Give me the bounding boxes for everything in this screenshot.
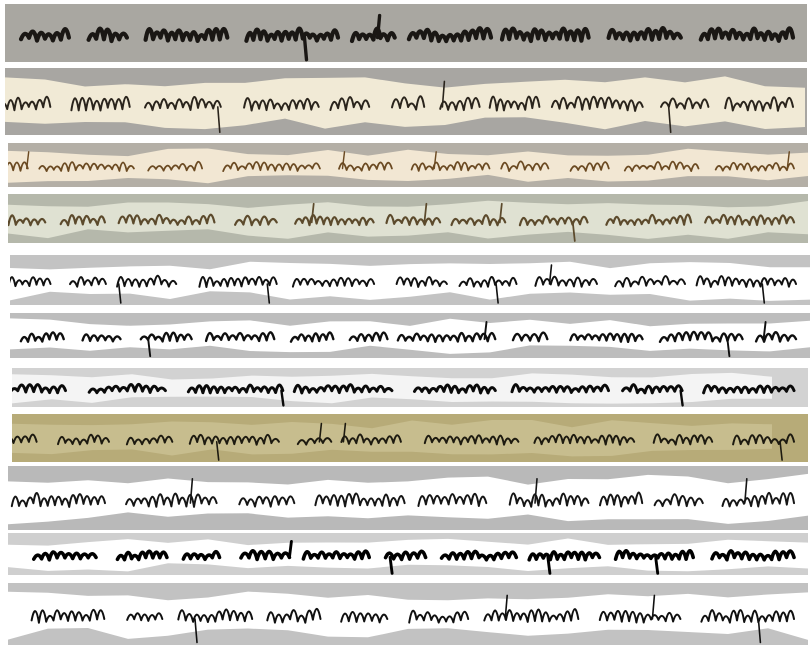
handwriting-line xyxy=(8,583,808,645)
handwriting-line xyxy=(8,194,808,243)
manuscript-strip: bold black square-ish script xyxy=(8,533,808,575)
handwriting-line xyxy=(12,414,808,462)
handwriting-line xyxy=(8,466,808,530)
handwriting-line xyxy=(8,143,808,187)
manuscript-strip: slanted cursive on white over gray xyxy=(8,466,808,530)
handwriting-line xyxy=(10,255,810,305)
handwriting-line xyxy=(5,4,807,62)
manuscript-strip: tall-stroked cursive on white over gray xyxy=(8,583,808,645)
handwriting-line xyxy=(8,533,808,575)
manuscript-strip: black cursive on white torn strip xyxy=(10,313,810,358)
handwriting-line xyxy=(5,68,807,135)
manuscript-strip: thin cursive on cream torn paper over gr… xyxy=(5,68,807,135)
manuscript-strip: black cursive on white over light gray xyxy=(10,255,810,305)
handwriting-line xyxy=(10,313,810,358)
manuscript-strip: dense bold black script xyxy=(12,368,808,407)
manuscript-strip: brown rounded script on pale green paper xyxy=(8,194,808,243)
manuscript-strip: dark cursive on gray parchment xyxy=(5,4,807,62)
handwriting-line xyxy=(12,368,808,407)
manuscript-strip: black cursive on olive-yellow parchment xyxy=(12,414,808,462)
manuscript-strip: brown ink on cream paper xyxy=(8,143,808,187)
